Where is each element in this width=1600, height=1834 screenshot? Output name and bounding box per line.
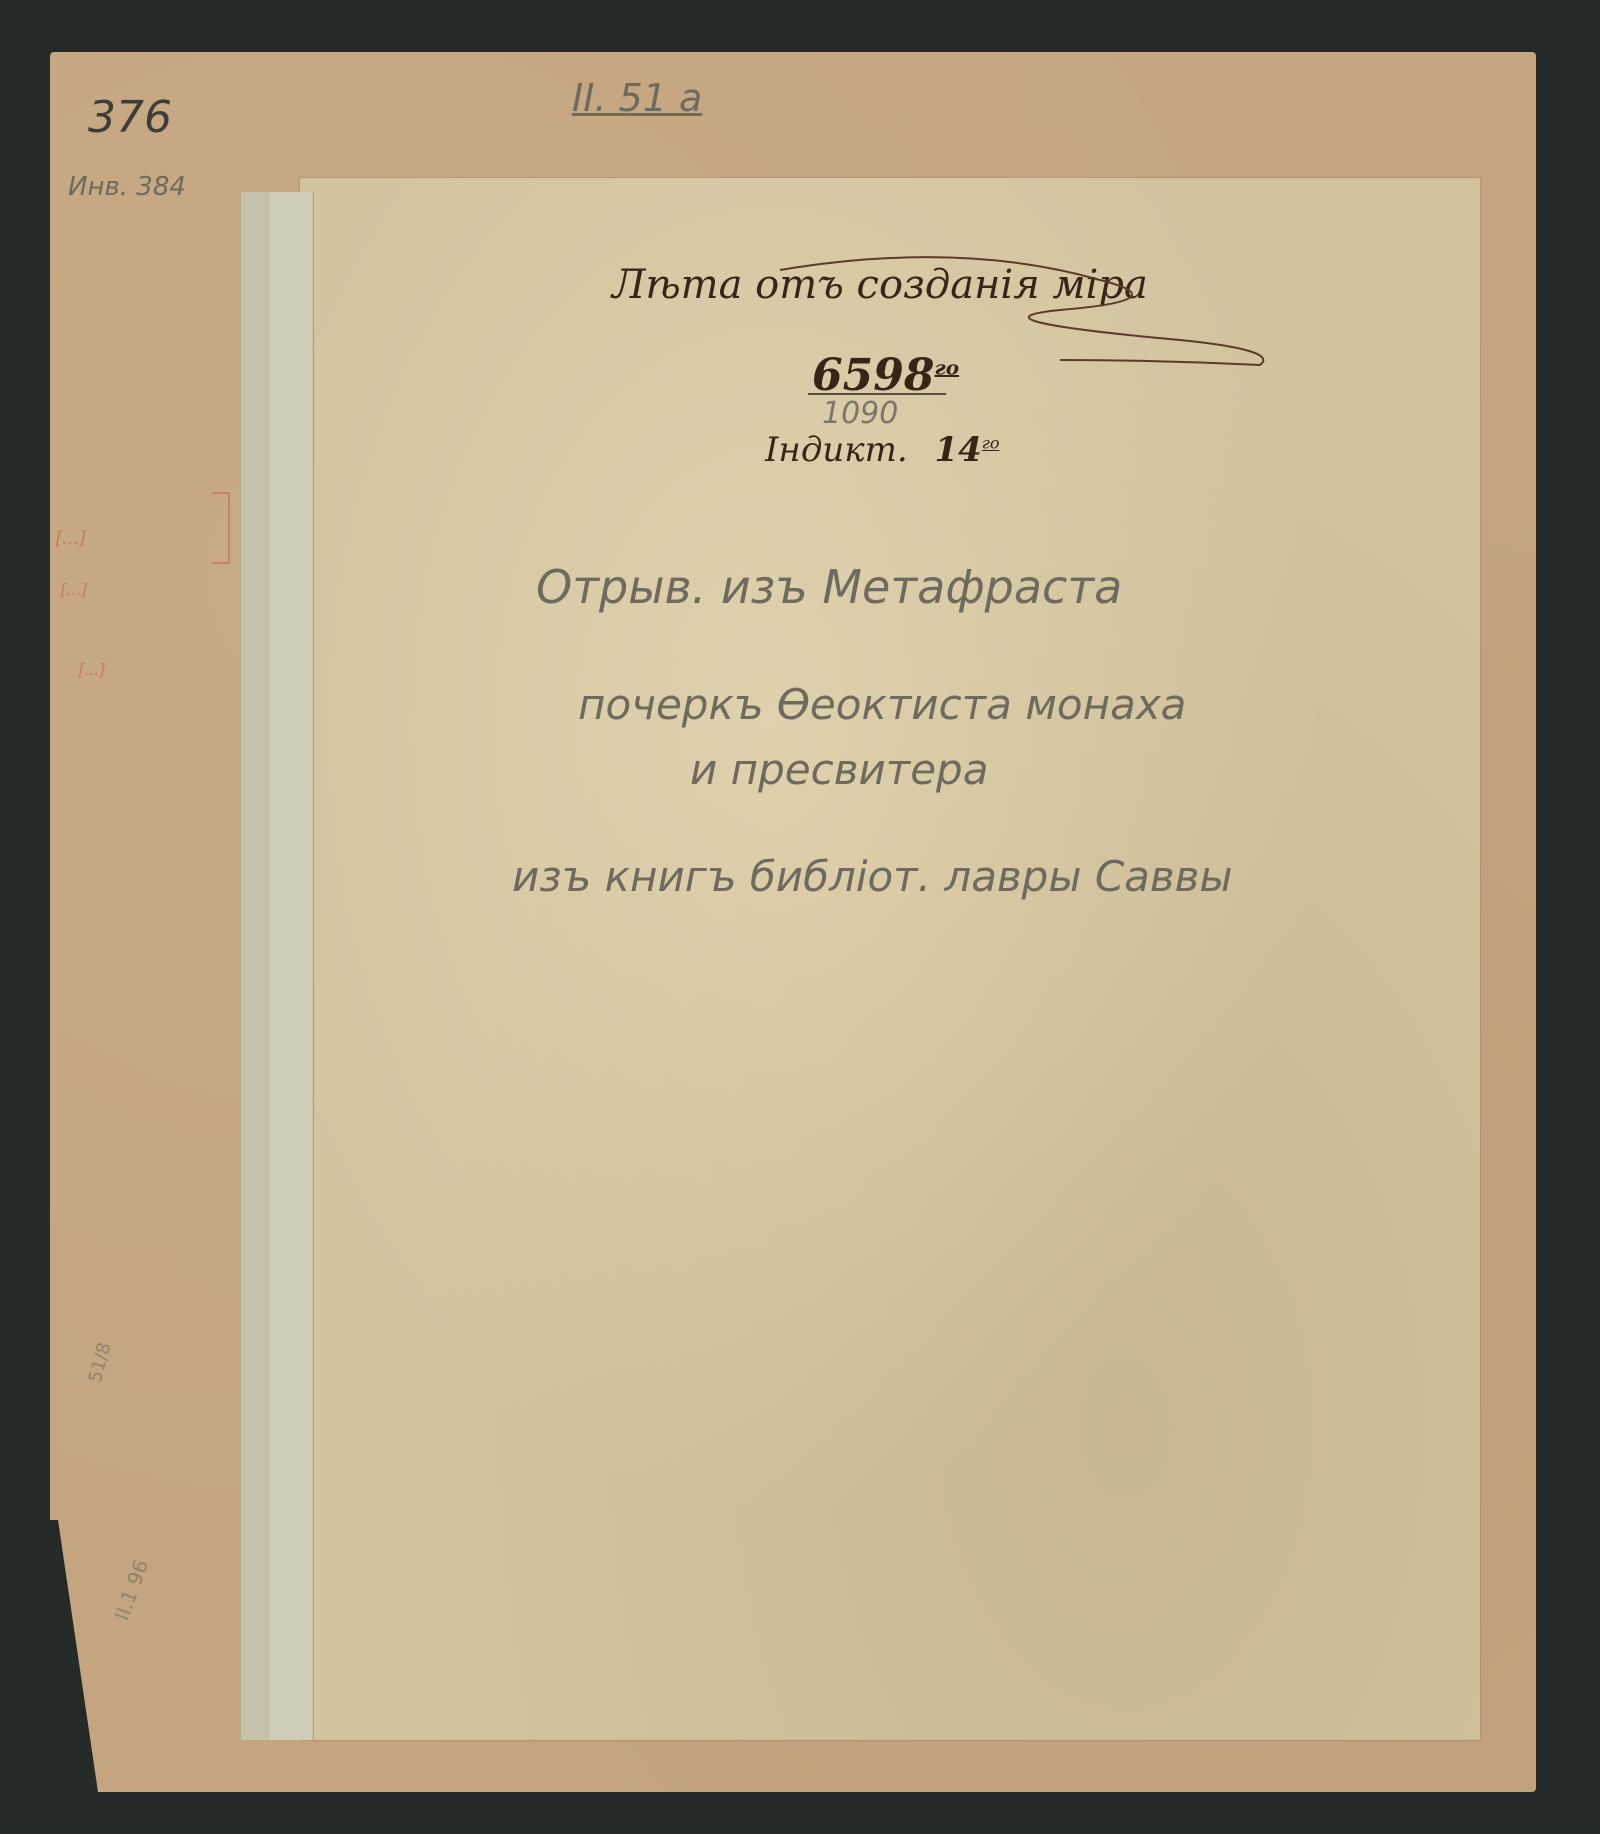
description-line-1: Отрыв. изъ Метафраста	[536, 560, 1122, 614]
year-anno-domini: 1090	[822, 396, 898, 431]
description-line-3: и пресвитера	[690, 745, 988, 794]
red-stamp-line-1: [...]	[55, 528, 86, 549]
year-am-suffix: го	[934, 355, 959, 379]
shelf-number: 376	[88, 92, 172, 143]
red-bracket	[212, 492, 230, 564]
shelfmark: II. 51 а	[572, 76, 702, 120]
hinge-tape-highlight	[270, 192, 312, 1740]
description-line-2: почеркъ Ѳеоктиста монаха	[578, 680, 1186, 729]
indiction: Індикт. 14го	[765, 430, 999, 470]
indiction-value: 14	[934, 430, 981, 470]
indiction-label: Індикт.	[765, 430, 908, 470]
red-stamp-line-3: [...]	[78, 660, 106, 679]
inventory-number: Инв. 384	[68, 172, 186, 202]
red-stamp-line-2: [...]	[60, 580, 88, 599]
year-divider	[808, 393, 946, 395]
indiction-suffix: го	[982, 434, 1000, 453]
description-line-4: изъ книгъ библіот. лавры Саввы	[512, 852, 1233, 901]
